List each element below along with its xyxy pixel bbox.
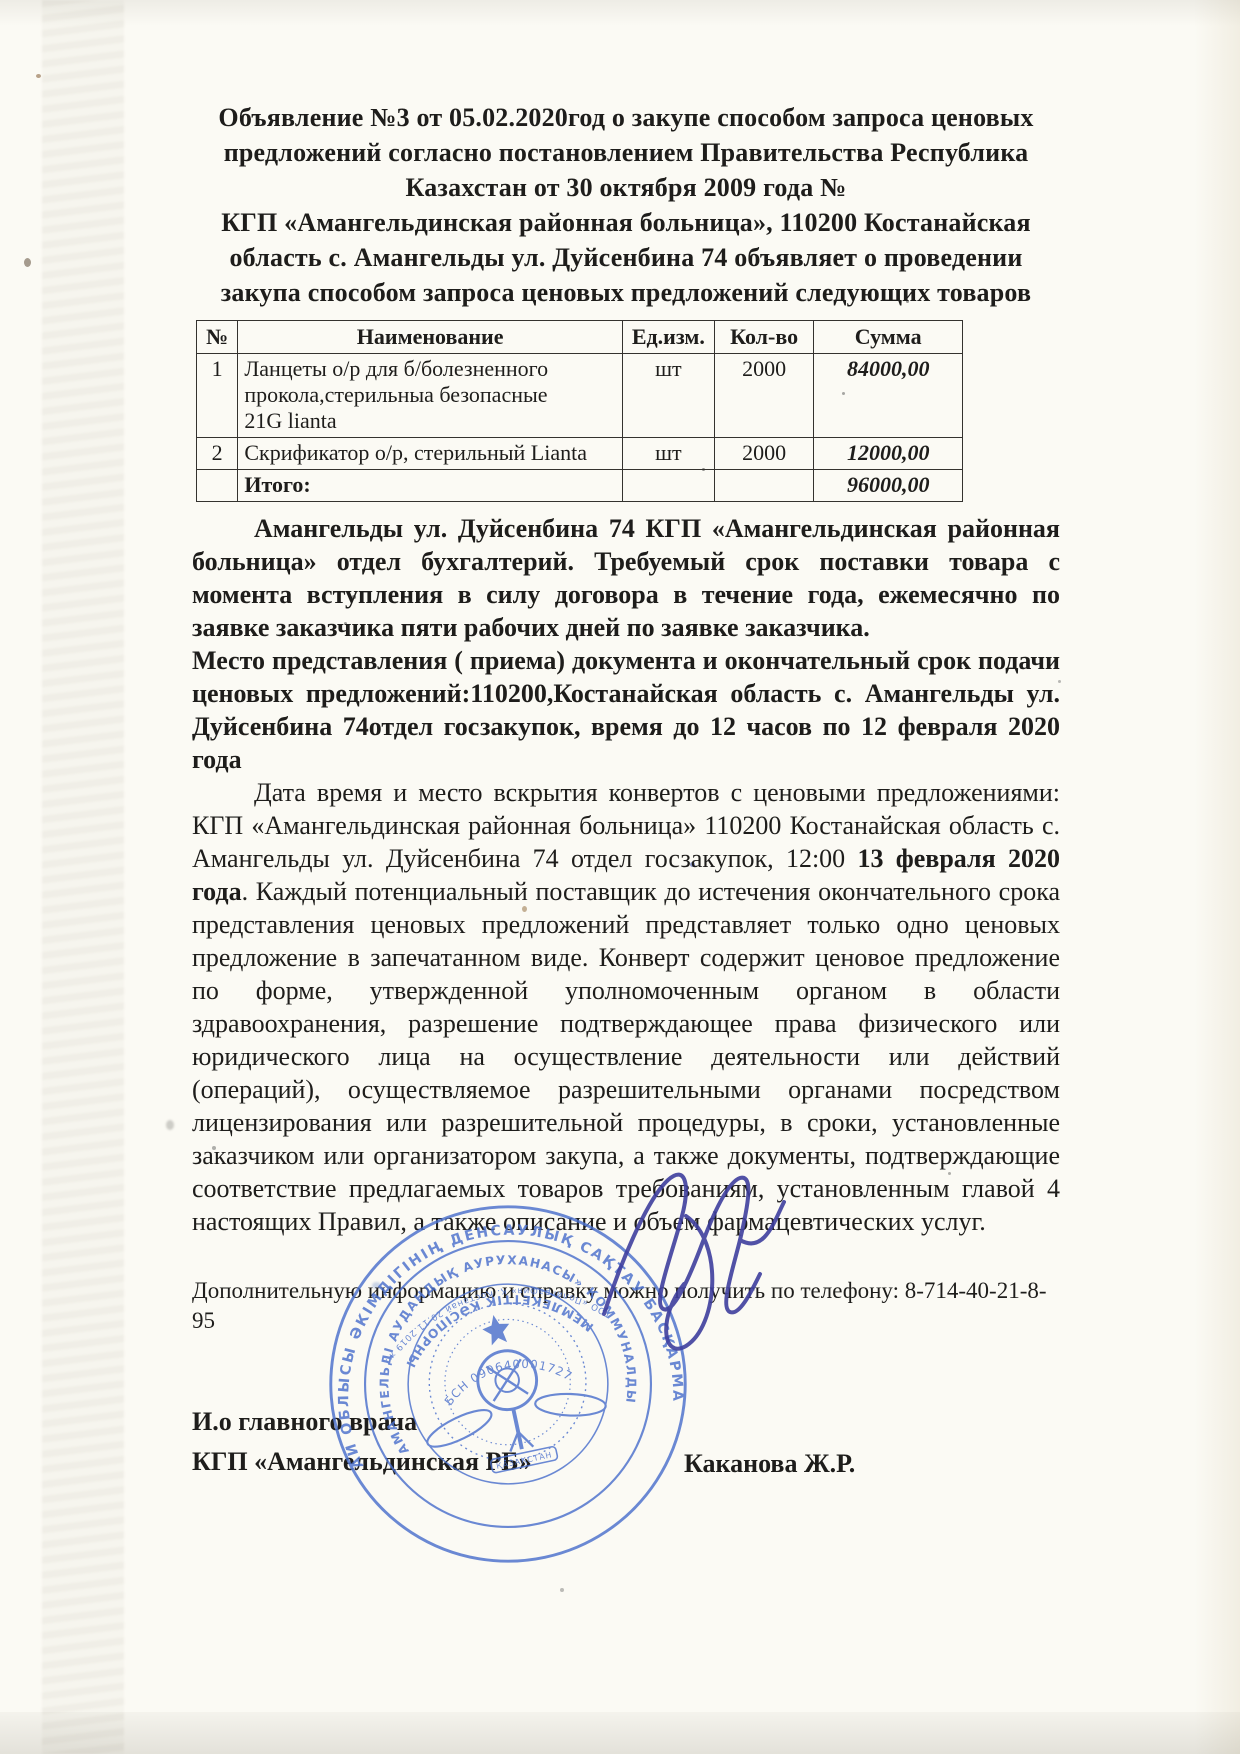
scan-artifact-left-band <box>42 0 124 1754</box>
scanned-document-page: Объявление №3 от 05.02.2020год о закупе … <box>0 0 1240 1754</box>
document-title: Объявление №3 от 05.02.2020год о закупе … <box>192 100 1060 310</box>
title-line: Объявление №3 от 05.02.2020год о закупе … <box>192 100 1060 135</box>
paragraph-delivery-terms: Амангельды ул. Дуйсенбина 74 КГП «Аманге… <box>192 512 1060 644</box>
signatory-name: Каканова Ж.Р. <box>684 1444 855 1484</box>
cell-unit: шт <box>622 354 714 438</box>
scan-artifact-bottom-strip <box>0 1712 1240 1754</box>
cell-num-empty <box>197 470 238 502</box>
title-line: закупа способом запроса ценовых предложе… <box>192 275 1060 310</box>
scan-artifact-right-edge <box>1194 0 1240 1754</box>
phone-note: Дополнительную информацию и справку можн… <box>192 1276 1060 1336</box>
table-total-row: Итого: 96000,00 <box>197 470 963 502</box>
title-line: КГП «Амангельдинская районная больница»,… <box>192 205 1060 240</box>
table-row: 1 Ланцеты о/р для б/болезненного прокола… <box>197 354 963 438</box>
title-line: предложений согласно постановлением Прав… <box>192 135 1060 170</box>
total-sum: 96000,00 <box>814 470 963 502</box>
cell-sum: 84000,00 <box>814 354 963 438</box>
cell-sum: 12000,00 <box>814 438 963 470</box>
cell-qty: 2000 <box>714 438 814 470</box>
paragraph-submission-place: Место представления ( приема) документа … <box>192 644 1060 776</box>
title-line: Казахстан от 30 октября 2009 года № <box>192 170 1060 205</box>
cell-unit: шт <box>622 438 714 470</box>
cell-unit-empty <box>622 470 714 502</box>
col-header-qty: Кол-во <box>714 321 814 354</box>
opening-info-continued: . Каждый потенциальный поставщик до исте… <box>192 877 1060 1236</box>
cell-qty: 2000 <box>714 354 814 438</box>
document-content: Объявление №3 от 05.02.2020год о закупе … <box>192 0 1060 1522</box>
cell-name: Скрификатор о/р, стерильный Lianta <box>238 438 623 470</box>
title-line: область с. Амангельды ул. Дуйсенбина 74 … <box>192 240 1060 275</box>
table-header-row: № Наименование Ед.изм. Кол-во Сумма <box>197 321 963 354</box>
items-table: № Наименование Ед.изм. Кол-во Сумма 1 Ла… <box>196 320 963 502</box>
table-row: 2 Скрификатор о/р, стерильный Lianta шт … <box>197 438 963 470</box>
paragraph-opening-info: Дата время и место вскрытия конвертов с … <box>192 776 1060 1238</box>
signatory-position: И.о главного врача <box>192 1402 417 1442</box>
col-header-name: Наименование <box>238 321 623 354</box>
cell-qty-empty <box>714 470 814 502</box>
signatory-organization: КГП «Амангельдинская РБ» <box>192 1442 532 1482</box>
col-header-sum: Сумма <box>814 321 963 354</box>
signature-block: И.о главного врача КГП «Амангельдинская … <box>192 1402 1060 1522</box>
cell-num: 2 <box>197 438 238 470</box>
cell-num: 1 <box>197 354 238 438</box>
col-header-num: № <box>197 321 238 354</box>
cell-name: Ланцеты о/р для б/болезненного прокола,с… <box>238 354 623 438</box>
total-label: Итого: <box>238 470 623 502</box>
col-header-unit: Ед.изм. <box>622 321 714 354</box>
